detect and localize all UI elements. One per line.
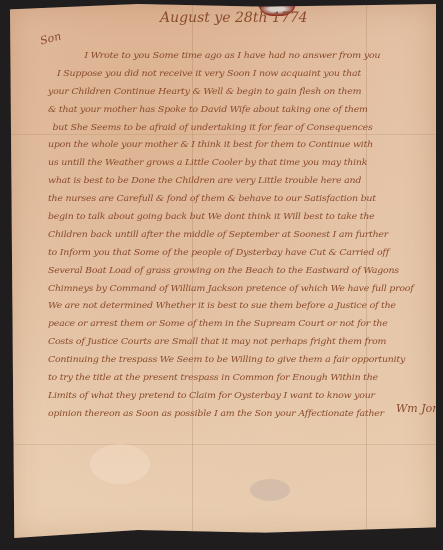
water-stain — [250, 479, 290, 501]
body-line: I Wrote to you Some time ago as I have h… — [48, 47, 418, 65]
body-line: Several Boat Load of grass growing on th… — [48, 262, 413, 280]
letter-body: I Wrote to you Some time ago as I have h… — [48, 47, 374, 423]
body-line: Chimneys by Command of William Jackson p… — [48, 280, 413, 298]
body-line: Continuing the trespass We Seem to be Wi… — [48, 351, 413, 369]
signature: Wm Jones — [396, 402, 443, 415]
body-line: to try the title at the present trespass… — [48, 369, 413, 387]
date-line: August ye 28th 1774 — [160, 10, 308, 26]
body-line: to Inform you that Some of the people of… — [48, 244, 413, 262]
salutation: Son — [39, 29, 63, 47]
body-line: & that your mother has Spoke to David Wi… — [48, 101, 413, 119]
letter-page: August ye 28th 1774 Son I Wrote to you S… — [10, 4, 436, 538]
body-line: peace or arrest them or Some of them in … — [48, 315, 413, 333]
body-line: us untill the Weather grows a Little Coo… — [48, 154, 413, 172]
body-line: begin to talk about going back but We do… — [48, 208, 413, 226]
paper-fade — [90, 444, 150, 484]
body-line: I Suppose you did not receive it very So… — [48, 65, 414, 83]
fold-crease-horizontal — [10, 444, 436, 445]
body-line: Limits of what they pretend to Claim for… — [48, 387, 413, 405]
body-line: Costs of Justice Courts are Small that i… — [48, 333, 413, 351]
body-line: the nurses are Carefull & fond of them &… — [48, 190, 413, 208]
body-line: opinion thereon as Soon as possible I am… — [48, 405, 413, 423]
body-line: We are not determined Whether it is best… — [48, 297, 413, 315]
body-line: upon the whole your mother & I think it … — [48, 136, 413, 154]
body-line: Children back untill after the middle of… — [48, 226, 413, 244]
body-line: but She Seems to be afraid of undertakin… — [48, 119, 414, 137]
body-line: your Children Continue Hearty & Well & b… — [48, 83, 413, 101]
body-line: what is best to be Done the Children are… — [48, 172, 413, 190]
